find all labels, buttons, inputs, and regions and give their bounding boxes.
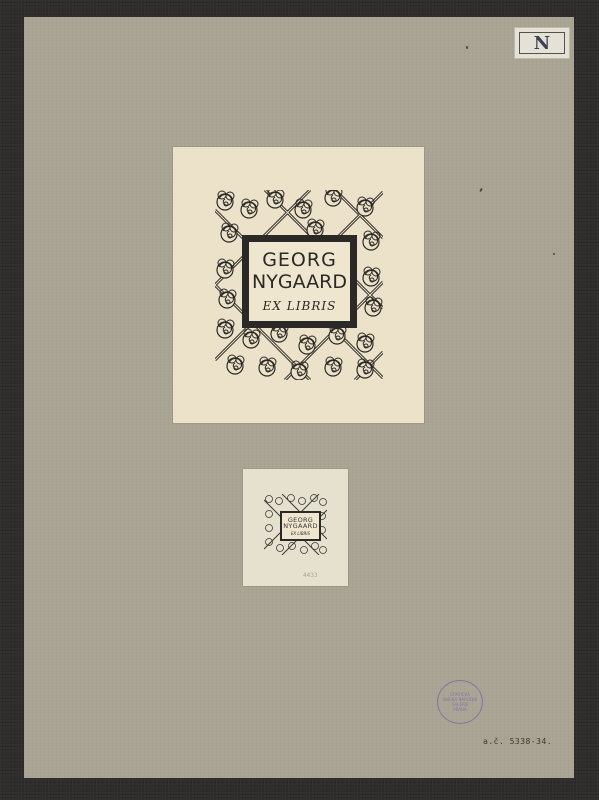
bookplate-large: GEORG NYGAARD EX LIBRIS [173, 147, 424, 423]
inventory-number: a.č. 5338-34. [483, 737, 552, 746]
ex-libris-caption: EX LIBRIS [263, 299, 337, 313]
stamp-line: PRAHA [453, 707, 467, 712]
title-frame: GEORG NYGAARD EX LIBRIS [242, 235, 357, 328]
collection-stamp: GRAFICKÁ SBÍRKA NÁRODNÍ GALERIE PRAHA [437, 680, 483, 724]
bookplate-design: GEORG NYGAARD EX LIBRIS [264, 494, 327, 555]
ex-libris-caption: EX LIBRIS [291, 531, 310, 536]
paper-speck [553, 253, 555, 255]
paper-speck [466, 46, 468, 49]
bookplate-design: GEORG NYGAARD EX LIBRIS [215, 190, 383, 380]
owner-last-name: NYGAARD [283, 523, 318, 530]
owner-first-name: GEORG [262, 251, 337, 270]
catalog-label: N [514, 27, 570, 59]
bookplate-small: GEORG NYGAARD EX LIBRIS 4433 [243, 469, 348, 586]
title-frame: GEORG NYGAARD EX LIBRIS [280, 511, 321, 541]
pencil-note: 4433 [303, 572, 317, 579]
catalog-label-letter: N [519, 32, 565, 54]
owner-last-name: NYGAARD [252, 273, 347, 292]
